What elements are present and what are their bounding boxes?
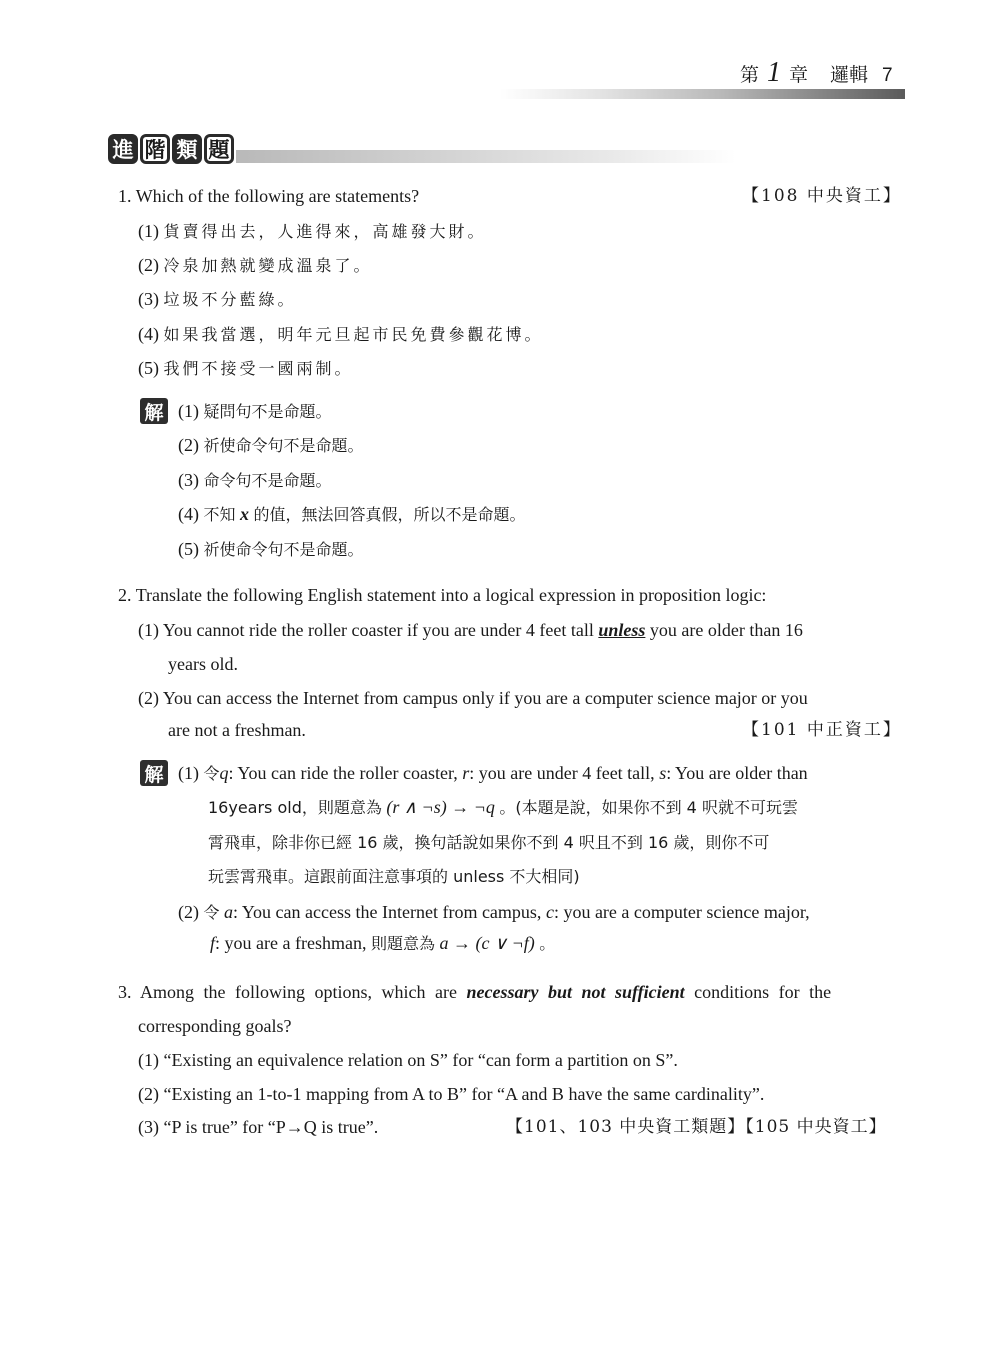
- problem-question: 1. Which of the following are statements…: [118, 184, 419, 208]
- problem-number: 1.: [118, 186, 132, 206]
- section-title: 進 階 類 題: [108, 134, 234, 164]
- list-item: (3) 垃圾不分藍綠。: [138, 287, 297, 312]
- problem-source: 【101 中正資工】: [742, 718, 902, 742]
- chapter-title: 邏輯: [830, 60, 868, 87]
- section-title-char: 階: [140, 134, 170, 164]
- problem-question: 2. Translate the following English state…: [118, 583, 766, 607]
- problem-source: 【101、103 中央資工類題】【105 中央資工】: [506, 1115, 887, 1139]
- section-title-char: 進: [108, 134, 138, 164]
- chapter-suffix: 章: [789, 60, 808, 87]
- solution-icon: 解: [140, 398, 168, 424]
- list-item: (2) 冷泉加熱就變成溫泉了。: [138, 253, 373, 278]
- logic-expression: a → (c ∨ ¬f): [439, 933, 534, 953]
- list-item: (2) “Existing an 1-to-1 mapping from A t…: [138, 1082, 764, 1106]
- emphasis-unless: unless: [598, 620, 645, 640]
- problem-source: 【108 中央資工】: [742, 184, 902, 208]
- solution-item: (2) 令 a: You can access the Internet fro…: [178, 900, 810, 925]
- section-gradient-bar: [236, 150, 736, 163]
- problem-number: 2.: [118, 585, 132, 605]
- solution-line: 霄飛車，除非你已經 16 歲，換句話說如果你不到 4 呎且不到 16 歲，則你不…: [208, 831, 769, 855]
- list-item: (3) “P is true” for “P→Q is true”.: [138, 1115, 378, 1139]
- list-item: (1) You cannot ride the roller coaster i…: [138, 618, 803, 642]
- list-item: (1) “Existing an equivalence relation on…: [138, 1048, 678, 1072]
- solution-line: 16years old，則題意為 (r ∧ ¬s) → ¬q 。(本題是說，如果…: [208, 795, 798, 820]
- solution-line: f: you are a freshman, 則題意為 a → (c ∨ ¬f)…: [210, 931, 555, 956]
- solution-icon: 解: [140, 760, 168, 786]
- list-item: (5) 我們不接受一國兩制。: [138, 356, 354, 381]
- running-header: 第 1 章 邏輯 7: [740, 60, 910, 90]
- chapter-prefix: 第: [740, 60, 759, 87]
- solution-item: (5) 祈使命令句不是命題。: [178, 537, 364, 562]
- problem-question: 3. Among the following options, which ar…: [118, 980, 831, 1004]
- problem-question-continuation: corresponding goals?: [138, 1014, 291, 1038]
- emphasis-necessary: necessary but not sufficient: [466, 982, 684, 1002]
- problem-number: 3.: [118, 982, 132, 1002]
- chapter-number: 1: [767, 63, 781, 83]
- solution-item: (1) 令q: You can ride the roller coaster,…: [178, 761, 808, 786]
- solution-item: (1) 疑問句不是命題。: [178, 399, 332, 424]
- solution-item: (4) 不知 x 的值，無法回答真假，所以不是命題。: [178, 502, 526, 527]
- page-number: 7: [882, 65, 893, 87]
- solution-item: (2) 祈使命令句不是命題。: [178, 433, 364, 458]
- solution-item: (3) 命令句不是命題。: [178, 468, 332, 493]
- section-title-char: 類: [172, 134, 202, 164]
- section-title-char: 題: [204, 134, 234, 164]
- logic-expression: (r ∧ ¬s) → ¬q: [386, 797, 494, 817]
- list-item-continuation: years old.: [168, 652, 238, 676]
- list-item: (2) You can access the Internet from cam…: [138, 686, 808, 710]
- list-item-continuation: are not a freshman.: [168, 718, 306, 742]
- solution-line: 玩雲霄飛車。這跟前面注意事項的 unless 不大相同): [208, 865, 580, 889]
- list-item: (4) 如果我當選，明年元旦起市民免費參觀花博。: [138, 322, 544, 347]
- list-item: (1) 貨賣得出去，人進得來，高雄發大財。: [138, 219, 487, 244]
- header-gradient-bar: [500, 89, 905, 99]
